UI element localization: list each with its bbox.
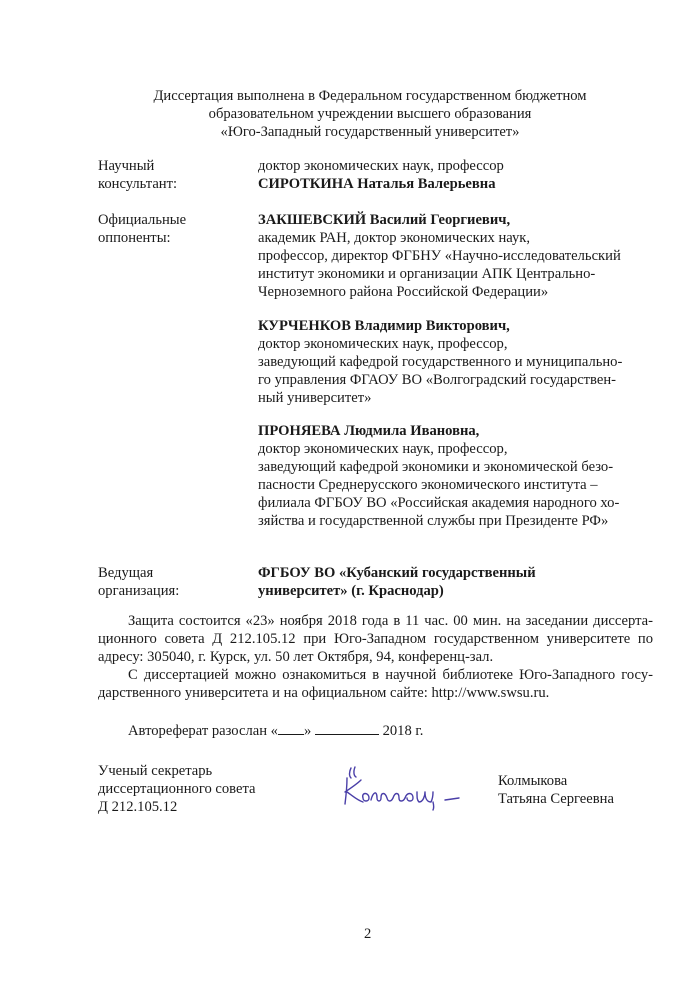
label-line: организация: <box>98 582 248 600</box>
label-line: Научный <box>98 157 248 175</box>
mailing-middle: » <box>304 723 311 739</box>
opponent-line: ный университет» <box>258 389 658 407</box>
mailing-suffix: 2018 г. <box>383 723 424 739</box>
label-line: оппоненты: <box>98 229 248 247</box>
document-page: Диссертация выполнена в Федеральном госу… <box>0 0 700 991</box>
opponent-name: КУРЧЕНКОВ Владимир Викторович, <box>258 317 658 335</box>
page-number: 2 <box>364 925 371 943</box>
opponent-entry: ПРОНЯЕВА Людмила Ивановна, доктор эконом… <box>258 422 658 530</box>
opponent-entry: КУРЧЕНКОВ Владимир Викторович, доктор эк… <box>258 317 658 407</box>
handwritten-signature-icon <box>333 762 493 812</box>
opponent-name: ПРОНЯЕВА Людмила Ивановна, <box>258 422 658 440</box>
name-line: Колмыкова <box>498 772 614 790</box>
opponent-name: ЗАКШЕВСКИЙ Василий Георгиевич, <box>258 211 658 229</box>
opponents-list: ЗАКШЕВСКИЙ Василий Георгиевич, академик … <box>258 211 658 301</box>
name-line: Татьяна Сергеевна <box>498 790 614 808</box>
opponent-line: заведующий кафедрой экономики и экономич… <box>258 458 658 476</box>
paragraph-line: адресу: 305040, г. Курск, ул. 50 лет Окт… <box>98 648 653 666</box>
header-line: «Юго-Западный государственный университе… <box>90 123 650 141</box>
header-line: образовательном учреждении высшего образ… <box>90 105 650 123</box>
day-blank <box>278 720 304 735</box>
consultant-degree: доктор экономических наук, профессор <box>258 157 658 175</box>
paragraph-line: дарственного университета и на официальн… <box>98 684 653 702</box>
label-line: Ведущая <box>98 564 248 582</box>
label-line: консультант: <box>98 175 248 193</box>
org-name-line: университет» (г. Краснодар) <box>258 582 658 600</box>
paragraph-line: Защита состоится «23» ноября 2018 года в… <box>98 612 653 630</box>
secretary-signature-block: Ученый секретарь диссертационного совета… <box>98 762 658 822</box>
consultant-label: Научный консультант: <box>98 157 248 193</box>
mailing-text: Автореферат разослан «» 2018 г. <box>98 720 653 738</box>
label-line: Официальные <box>98 211 248 229</box>
opponent-line: Черноземного района Российской Федерации… <box>258 283 658 301</box>
opponent-line: филиала ФГБОУ ВО «Российская академия на… <box>258 494 658 512</box>
opponent-line: доктор экономических наук, профессор, <box>258 440 658 458</box>
header-line: Диссертация выполнена в Федеральном госу… <box>90 87 650 105</box>
library-paragraph: С диссертацией можно ознакомиться в науч… <box>98 666 653 702</box>
leading-org-name: ФГБОУ ВО «Кубанский государственный унив… <box>258 564 658 600</box>
dissertation-institution-header: Диссертация выполнена в Федеральном госу… <box>90 87 650 141</box>
abstract-mailing-line: Автореферат разослан «» 2018 г. <box>98 720 653 738</box>
secretary-title: Ученый секретарь диссертационного совета… <box>98 762 255 816</box>
opponent-entry: ЗАКШЕВСКИЙ Василий Георгиевич, академик … <box>258 211 658 301</box>
opponent-line: институт экономики и организации АПК Цен… <box>258 265 658 283</box>
title-line: диссертационного совета <box>98 780 255 798</box>
opponent-line: доктор экономических наук, профессор, <box>258 335 658 353</box>
secretary-name: Колмыкова Татьяна Сергеевна <box>498 772 614 808</box>
month-blank <box>315 720 379 735</box>
consultant-name: СИРОТКИНА Наталья Валерьевна <box>258 175 658 193</box>
title-line: Д 212.105.12 <box>98 798 255 816</box>
opponent-line: пасности Среднерусского экономического и… <box>258 476 658 494</box>
paragraph-line: С диссертацией можно ознакомиться в науч… <box>98 666 653 684</box>
consultant-info: доктор экономических наук, профессор СИР… <box>258 157 658 193</box>
opponent-line: профессор, директор ФГБНУ «Научно-исслед… <box>258 247 658 265</box>
opponents-label: Официальные оппоненты: <box>98 211 248 247</box>
opponent-line: го управления ФГАОУ ВО «Волгоградский го… <box>258 371 658 389</box>
org-name-line: ФГБОУ ВО «Кубанский государственный <box>258 564 658 582</box>
title-line: Ученый секретарь <box>98 762 255 780</box>
defense-paragraph: Защита состоится «23» ноября 2018 года в… <box>98 612 653 666</box>
opponent-line: заведующий кафедрой государственного и м… <box>258 353 658 371</box>
paragraph-line: ционного совета Д 212.105.12 при Юго-Зап… <box>98 630 653 648</box>
opponent-line: зяйства и государственной службы при Пре… <box>258 512 658 530</box>
opponent-line: академик РАН, доктор экономических наук, <box>258 229 658 247</box>
leading-org-label: Ведущая организация: <box>98 564 248 600</box>
mailing-prefix: Автореферат разослан « <box>128 723 278 739</box>
